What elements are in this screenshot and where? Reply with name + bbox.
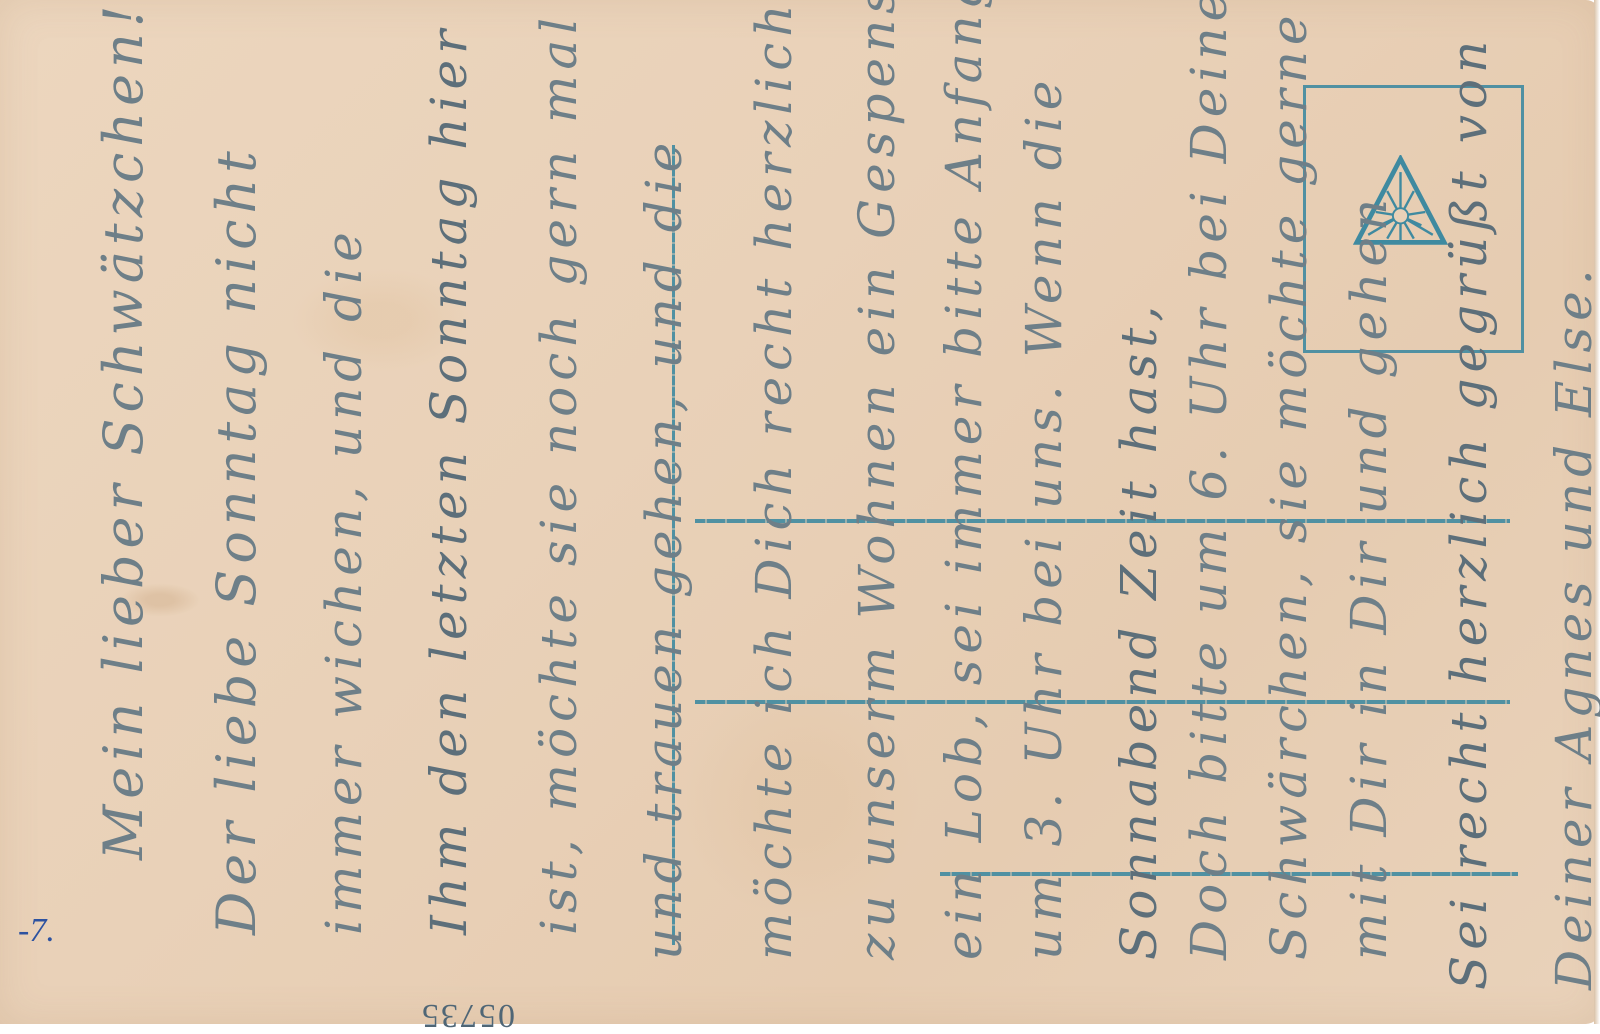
handwriting-line: Doch bitte um 6. Uhr bei Deiner (1180, 0, 1238, 960)
handwriting-line: Deiner Agnes und Else. (1545, 263, 1600, 990)
handwriting-line: möchte ich Dich recht herzlich (745, 0, 803, 960)
handwriting-line: mit Dir in Dir und gehen (1340, 193, 1398, 960)
handwriting-line: um 3. Uhr bei uns. Wenn die (1015, 75, 1073, 960)
handwriting-line: ein Lob, sei immer bitte Anfang (935, 0, 993, 960)
handwriting-line: zu unserm Wohnen ein Gespenst (848, 0, 906, 960)
handwriting-line: und trauen gehen, und die (635, 137, 693, 960)
handwriting-line: Mein lieber Schwätzchen! (92, 0, 155, 860)
handwriting-line: ist, möchte sie noch gern mal (530, 12, 588, 935)
handwriting-line: Schwärchen, sie möchte gerne (1260, 10, 1318, 960)
handwriting-line: Ihm den letzten Sonntag hier (420, 24, 478, 935)
handwriting-line: immer wichen, und die (315, 226, 373, 935)
archive-number: 05735 (420, 996, 515, 1024)
margin-note: -7. (18, 912, 55, 950)
handwriting-line: Der liebe Sonntag nicht (205, 145, 268, 935)
handwriting-line: Sei recht herzlich gegrüßt von (1440, 35, 1498, 990)
postcard-back: Mein lieber Schwätzchen! Der liebe Sonnt… (0, 0, 1600, 1024)
handwriting-line: Sonnabend Zeit hast, (1110, 300, 1168, 960)
